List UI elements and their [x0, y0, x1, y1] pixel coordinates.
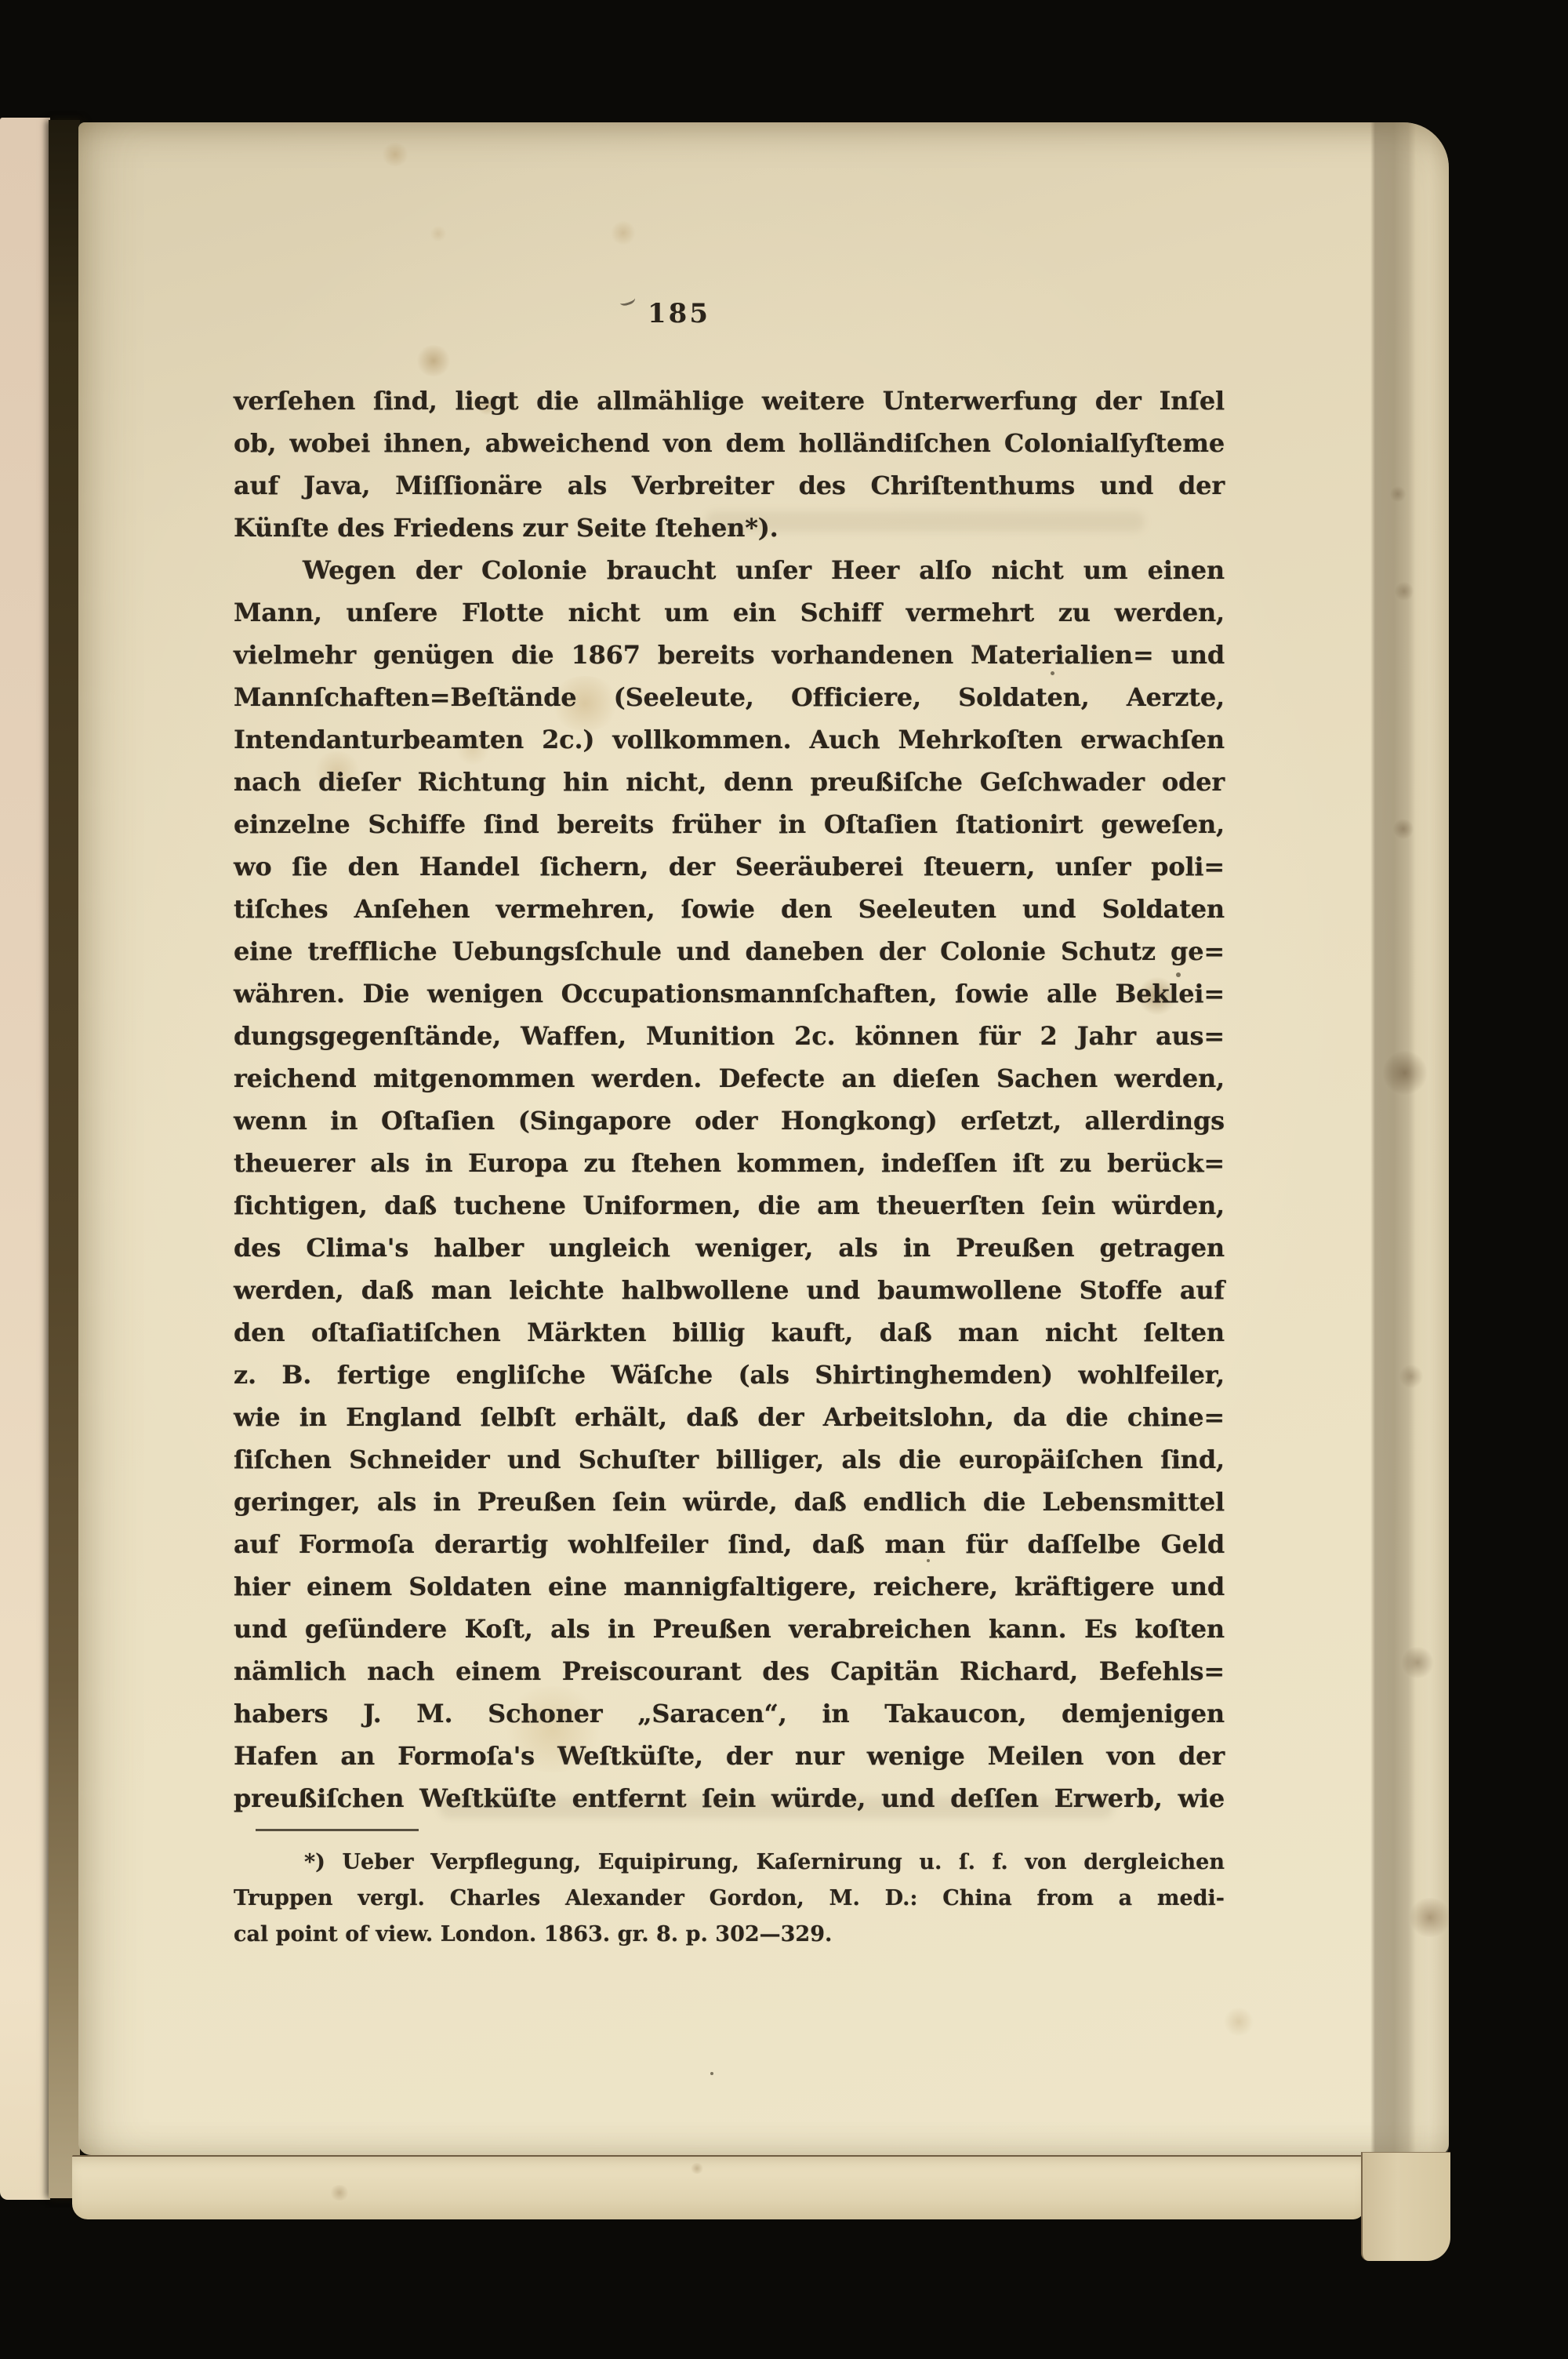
text-line: dungsgegenſtände, Waffen, Munition 2c. k…: [234, 1015, 1225, 1057]
text-line: den oſtaſiatiſchen Märkten billig kauft,…: [234, 1311, 1225, 1354]
underlying-page-edge: [72, 2155, 1364, 2219]
text-line: werden, daß man leichte halbwollene und …: [234, 1269, 1225, 1311]
text-line: cal point of view. London. 1863. gr. 8. …: [234, 1917, 1225, 1953]
text-line: wenn in Oſtaſien (Singapore oder Hongkon…: [234, 1100, 1225, 1142]
text-line: Künſte des Friedens zur Seite ſtehen*).: [234, 507, 1225, 549]
text-line: vielmehr genügen die 1867 bereits vorhan…: [234, 634, 1225, 676]
text-line: habers J. M. Schoner „Saracen“, in Takau…: [234, 1692, 1225, 1735]
text-line: währen. Die wenigen Occupationsmannſchaf…: [234, 972, 1225, 1015]
page-number: 185: [632, 298, 726, 329]
text-line: theuerer als in Europa zu ſtehen kommen,…: [234, 1142, 1225, 1184]
text-line: Truppen vergl. Charles Alexander Gordon,…: [234, 1881, 1225, 1917]
scanned-book-photo: 185 verſehen ſind, liegt die allmählige …: [0, 0, 1568, 2359]
text-line: ſichtigen, daß tuchene Uniformen, die am…: [234, 1184, 1225, 1227]
text-line: nach dieſer Richtung hin nicht, denn pre…: [234, 761, 1225, 803]
text-line: Mann, unſere Flotte nicht um ein Schiff …: [234, 591, 1225, 634]
text-line: z. B. fertige engliſche Wäſche (als Shir…: [234, 1354, 1225, 1396]
text-line: auf Java, Miſſionäre als Verbreiter des …: [234, 464, 1225, 507]
text-line: Mannſchaften=Beſtände (Seeleute, Officie…: [234, 676, 1225, 718]
footnote-text: *) Ueber Verpflegung, Equipirung, Kaſern…: [234, 1845, 1225, 1953]
text-line: einzelne Schiffe ſind bereits früher in …: [234, 803, 1225, 845]
text-line: auf Formoſa derartig wohlfeiler ſind, da…: [234, 1523, 1225, 1565]
body-text: verſehen ſind, liegt die allmählige weit…: [234, 380, 1225, 1819]
text-line: und geſündere Koſt, als in Preußen verab…: [234, 1608, 1225, 1650]
text-line: reichend mitgenommen werden. Defecte an …: [234, 1057, 1225, 1100]
underlying-page-corner: [1361, 2152, 1450, 2261]
text-line: verſehen ſind, liegt die allmählige weit…: [234, 380, 1225, 422]
adjacent-page-edge: [0, 118, 50, 2200]
text-line: preußiſchen Weſtküſte entfernt ſein würd…: [234, 1777, 1225, 1819]
text-line: nämlich nach einem Preiscourant des Capi…: [234, 1650, 1225, 1692]
text-line: ob, wobei ihnen, abweichend von dem holl…: [234, 422, 1225, 464]
text-line: eine treffliche Uebungsſchule und danebe…: [234, 930, 1225, 972]
text-line: wo ſie den Handel ſichern, der Seeräuber…: [234, 845, 1225, 888]
text-line: hier einem Soldaten eine mannigfaltigere…: [234, 1565, 1225, 1608]
text-line: tiſches Anſehen vermehren, ſowie den See…: [234, 888, 1225, 930]
text-line: wie in England ſelbſt erhält, daß der Ar…: [234, 1396, 1225, 1438]
text-line: geringer, als in Preußen ſein würde, daß…: [234, 1481, 1225, 1523]
text-line: ſiſchen Schneider und Schuſter billiger,…: [234, 1438, 1225, 1481]
text-line: des Clima's halber ungleich weniger, als…: [234, 1227, 1225, 1269]
text-line: *) Ueber Verpflegung, Equipirung, Kaſern…: [234, 1845, 1225, 1881]
footnote-separator: [256, 1829, 419, 1831]
text-line: Wegen der Colonie braucht unſer Heer alſ…: [234, 549, 1225, 591]
text-line: Hafen an Formoſa's Weſtküſte, der nur we…: [234, 1735, 1225, 1777]
page-fore-edge: [1370, 122, 1449, 2155]
text-line: Intendanturbeamten 2c.) vollkommen. Auch…: [234, 718, 1225, 761]
book-gutter-shadow: [49, 120, 80, 2198]
